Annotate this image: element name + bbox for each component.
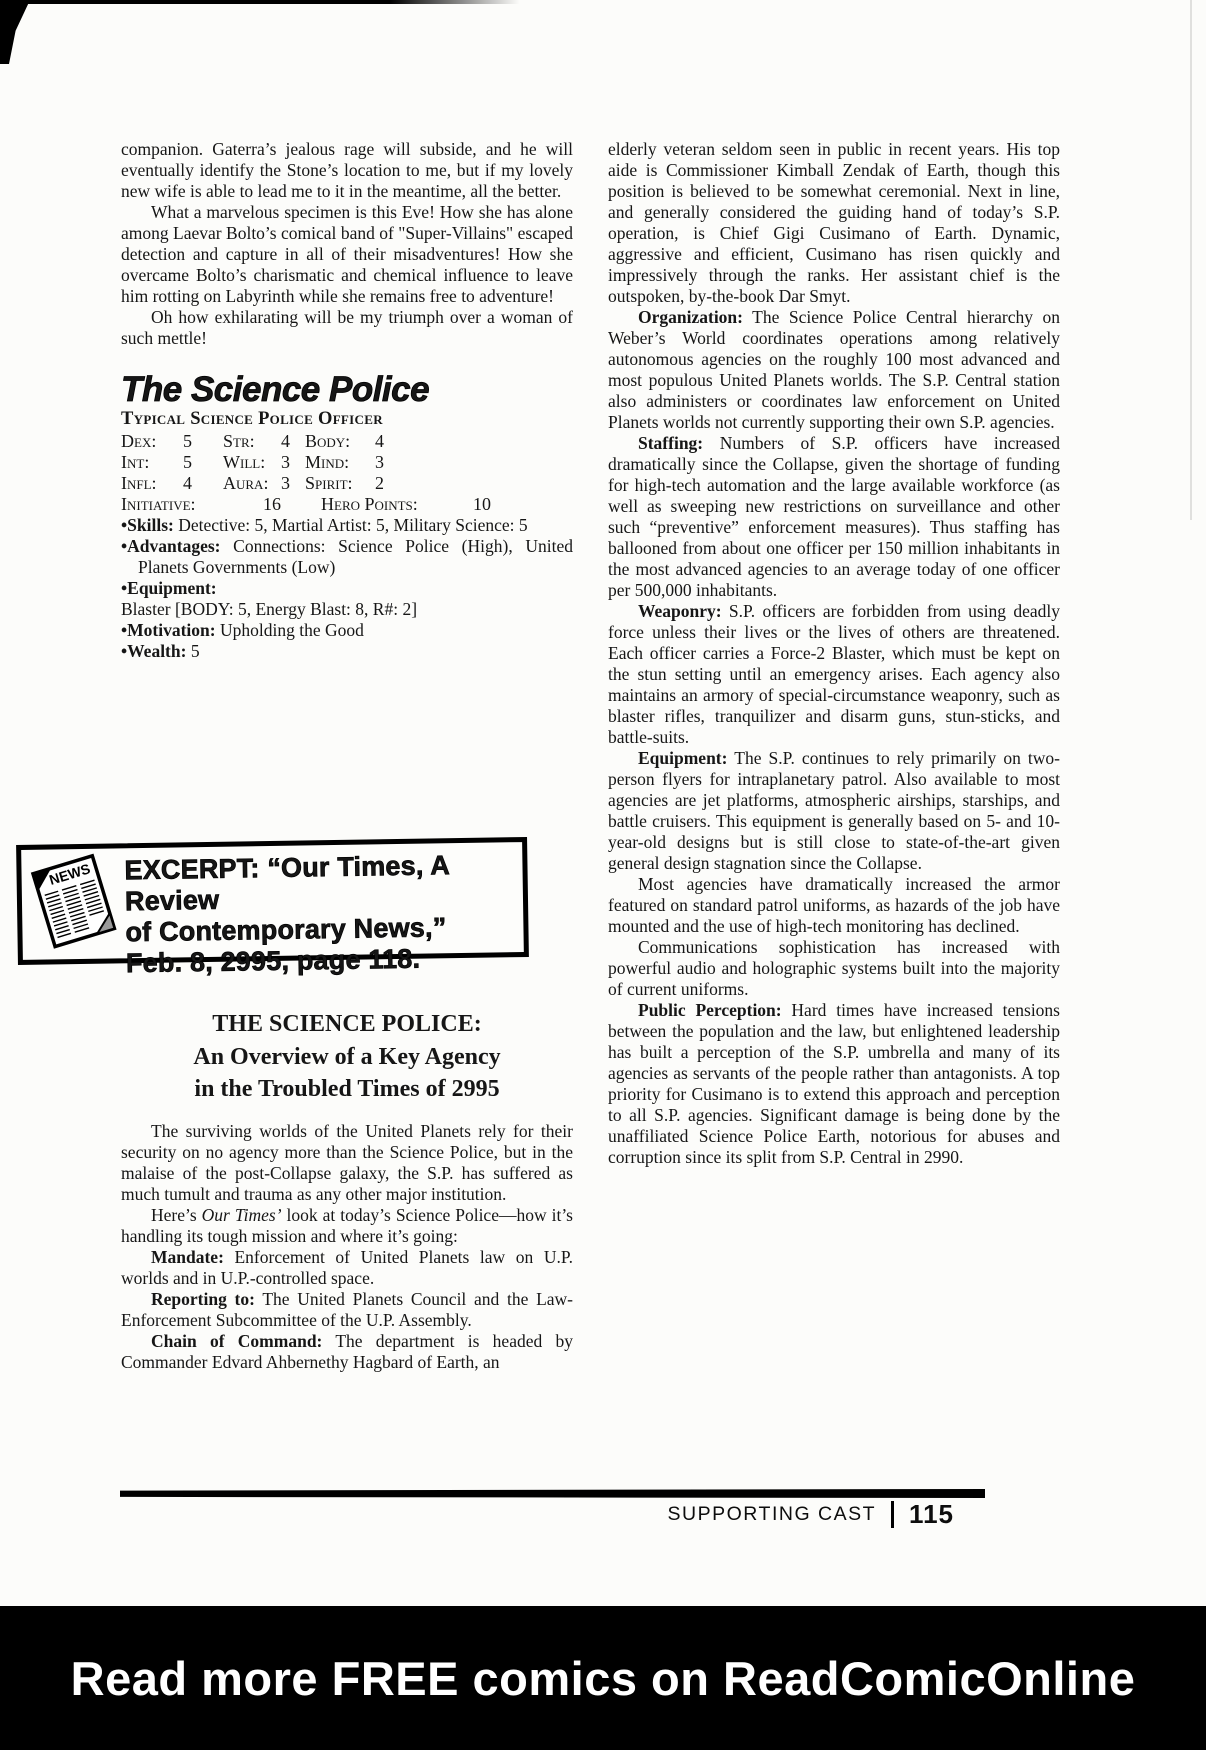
promo-banner: Read more FREE comics on ReadComicOnline [0,1606,1206,1750]
stat-advantages: Advantages: Connections: Science Police … [121,536,573,578]
article-paragraph: Most agencies have dramatically increase… [608,874,1060,937]
footer-divider [891,1501,894,1528]
article-paragraph-public-perception: Public Perception: Hard times have incre… [608,1000,1060,1168]
stat-value: 4 [281,431,305,452]
stat-equipment: Equipment: [121,578,573,599]
initiative-row: Initiative:16Hero Points:10 [121,494,573,515]
scan-corner-artifact [0,0,30,64]
stat-value: 5 [183,431,223,452]
narrative-paragraph: Oh how exhilarating will be my triumph o… [121,307,573,349]
section-label: SUPPORTING CAST [668,1503,877,1526]
article-paragraph-equipment: Equipment: The S.P. continues to rely pr… [608,748,1060,874]
article-title: THE SCIENCE POLICE: An Overview of a Key… [121,1008,573,1106]
right-column: elderly veteran seldom seen in public in… [608,139,1060,1168]
stat-value: 3 [375,452,573,473]
footer-rule [120,1489,985,1498]
article-title-line: THE SCIENCE POLICE: [121,1008,573,1041]
stat-label: Spirit: [305,473,375,494]
article-paragraph: The surviving worlds of the United Plane… [121,1121,573,1205]
page-number: 115 [909,1499,954,1530]
article-paragraph-reporting: Reporting to: The United Planets Council… [121,1289,573,1331]
stat-label: Will: [223,452,281,473]
excerpt-line: EXCERPT: “Our Times, A Review [124,849,523,917]
stat-value: 3 [281,473,305,494]
stat-label: Initiative: [121,494,263,515]
page-edge-line [1190,0,1192,520]
stat-value: 2 [375,473,573,494]
stat-wealth: Wealth: 5 [121,641,573,662]
article-paragraph-organization: Organization: The Science Police Central… [608,307,1060,433]
article-paragraph-chain-of-command: Chain of Command: The department is head… [121,1331,573,1373]
narrative-paragraph: What a marvelous specimen is this Eve! H… [121,202,573,307]
scanned-book-page: companion. Gaterra’s jealous rage will s… [0,0,1206,1750]
stat-label: Mind: [305,452,375,473]
stat-value: 10 [473,494,573,515]
promo-banner-text: Read more FREE comics on ReadComicOnline [71,1651,1136,1706]
excerpt-text: EXCERPT: “Our Times, A Review of Contemp… [124,849,524,979]
article-paragraph-staffing: Staffing: Numbers of S.P. officers have … [608,433,1060,601]
stat-value: 16 [263,494,321,515]
newspaper-icon: NEWS [27,850,121,953]
stat-value: 4 [183,473,223,494]
excerpt-callout-box: NEWS EXCERPT: “Our Times, A Review of Co… [16,837,529,965]
stat-block-header: Typical Science Police Officer [121,408,573,431]
page-footer: SUPPORTING CAST 115 [668,1499,954,1530]
stat-skills: Skills: Detective: 5, Martial Artist: 5,… [121,515,573,536]
stat-label: Hero Points: [321,494,473,515]
stat-label: Aura: [223,473,281,494]
narrative-paragraph: companion. Gaterra’s jealous rage will s… [121,139,573,202]
article-title-line: in the Troubled Times of 2995 [121,1073,573,1106]
stat-value: 5 [183,452,223,473]
section-title: The Science Police [121,379,573,400]
left-column-top: companion. Gaterra’s jealous rage will s… [121,139,573,662]
stat-label: Dex: [121,431,183,452]
excerpt-line: Feb. 8, 2995, page 118. [126,942,524,979]
left-column-bottom: THE SCIENCE POLICE: An Overview of a Key… [121,1008,573,1373]
article-paragraph: elderly veteran seldom seen in public in… [608,139,1060,307]
stat-label: Body: [305,431,375,452]
article-paragraph: Communications sophistication has increa… [608,937,1060,1000]
article-paragraph-mandate: Mandate: Enforcement of United Planets l… [121,1247,573,1289]
attributes-grid: Dex:5Str:4Body:4 Int:5Will:3Mind:3 Infl:… [121,431,573,494]
article-title-line: An Overview of a Key Agency [121,1041,573,1074]
stat-motivation: Motivation: Upholding the Good [121,620,573,641]
scan-edge-artifact [0,0,520,4]
stat-label: Str: [223,431,281,452]
article-paragraph: Here’s Our Times’ look at today’s Scienc… [121,1205,573,1247]
stat-value: 4 [375,431,573,452]
stat-label: Int: [121,452,183,473]
stat-label: Infl: [121,473,183,494]
stat-block: Typical Science Police Officer Dex:5Str:… [121,408,573,662]
stat-equipment-detail: Blaster [BODY: 5, Energy Blast: 8, R#: 2… [121,599,573,620]
stat-value: 3 [281,452,305,473]
article-paragraph-weaponry: Weaponry: S.P. officers are forbidden fr… [608,601,1060,748]
